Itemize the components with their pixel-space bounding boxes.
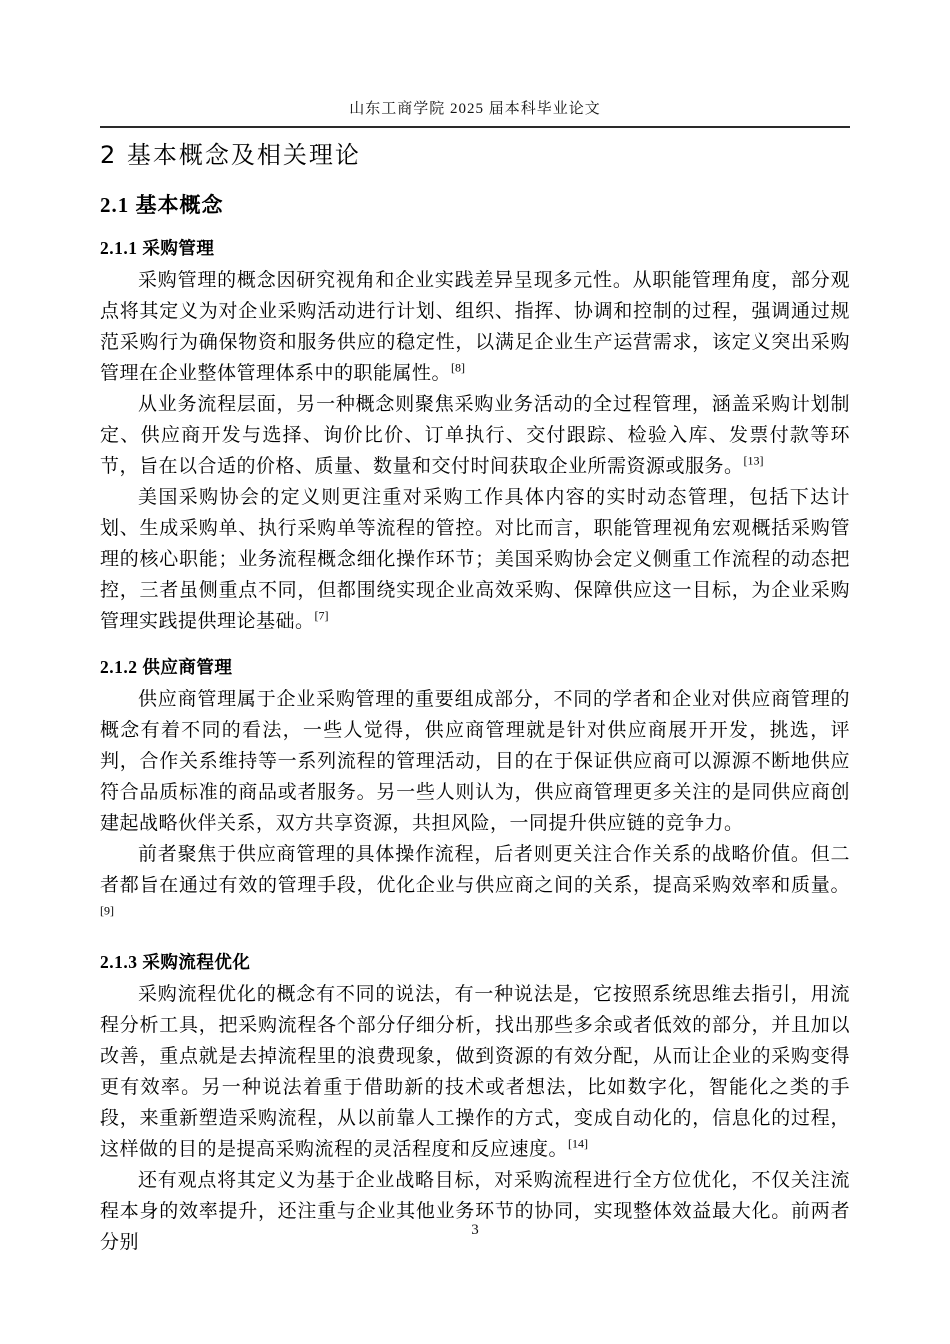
paragraph: 采购管理的概念因研究视角和企业实践差异呈现多元性。从职能管理角度，部分观点将其定…	[100, 265, 850, 389]
paragraph-text: 还有观点将其定义为基于企业战略目标，对采购流程进行全方位优化，不仅关注流程本身的…	[100, 1170, 850, 1253]
citation-marker: [7]	[315, 609, 329, 623]
chapter-title: 2 基本概念及相关理论	[100, 140, 850, 170]
paragraph: 还有观点将其定义为基于企业战略目标，对采购流程进行全方位优化，不仅关注流程本身的…	[100, 1165, 850, 1258]
citation-marker: [8]	[451, 361, 465, 375]
header-rule	[100, 126, 850, 128]
paragraph: 供应商管理属于企业采购管理的重要组成部分，不同的学者和企业对供应商管理的概念有着…	[100, 684, 850, 839]
paragraph: 从业务流程层面，另一种概念则聚焦采购业务活动的全过程管理，涵盖采购计划制定、供应…	[100, 389, 850, 482]
page-number: 3	[0, 1222, 950, 1239]
paragraph-text: 采购流程优化的概念有不同的说法，有一种说法是，它按照系统思维去指引，用流程分析工…	[100, 984, 850, 1160]
subsection-title-procurement-management: 2.1.1 采购管理	[100, 237, 850, 260]
paragraph-text: 采购管理的概念因研究视角和企业实践差异呈现多元性。从职能管理角度，部分观点将其定…	[100, 270, 850, 384]
paragraph: 前者聚焦于供应商管理的具体操作流程，后者则更关注合作关系的战略价值。但二者都旨在…	[100, 839, 850, 932]
subsection-title-supplier-management: 2.1.2 供应商管理	[100, 656, 850, 679]
running-header: 山东工商学院 2025 届本科毕业论文	[100, 0, 850, 119]
paragraph-text: 美国采购协会的定义则更注重对采购工作具体内容的实时动态管理，包括下达计划、生成采…	[100, 487, 850, 632]
subsection-title-procurement-process-optimization: 2.1.3 采购流程优化	[100, 951, 850, 974]
paragraph: 美国采购协会的定义则更注重对采购工作具体内容的实时动态管理，包括下达计划、生成采…	[100, 482, 850, 637]
citation-marker: [14]	[568, 1137, 588, 1151]
paragraph-text: 从业务流程层面，另一种概念则聚焦采购业务活动的全过程管理，涵盖采购计划制定、供应…	[100, 394, 850, 477]
paragraph: 采购流程优化的概念有不同的说法，有一种说法是，它按照系统思维去指引，用流程分析工…	[100, 979, 850, 1165]
citation-marker: [9]	[100, 904, 114, 918]
citation-marker: [13]	[744, 454, 764, 468]
section-title: 2.1 基本概念	[100, 192, 850, 218]
paragraph-text: 供应商管理属于企业采购管理的重要组成部分，不同的学者和企业对供应商管理的概念有着…	[100, 689, 850, 834]
thesis-page: 山东工商学院 2025 届本科毕业论文 2 基本概念及相关理论 2.1 基本概念…	[0, 0, 950, 1344]
paragraph-text: 前者聚焦于供应商管理的具体操作流程，后者则更关注合作关系的战略价值。但二者都旨在…	[100, 844, 850, 896]
